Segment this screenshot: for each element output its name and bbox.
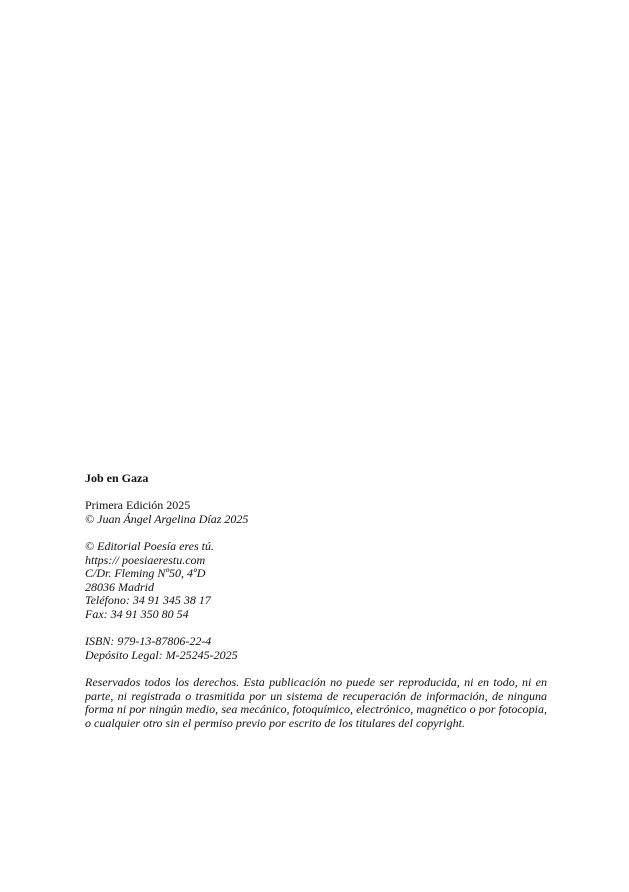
rights-line: forma ni por ningún medio, sea mecánico,… (85, 703, 547, 717)
edition-block: Primera Edición 2025 © Juan Ángel Argeli… (85, 499, 547, 526)
book-page: Job en Gaza Primera Edición 2025 © Juan … (0, 0, 629, 892)
rights-notice: Reservados todos los derechos. Esta publ… (85, 676, 547, 730)
spacer (85, 486, 547, 500)
publisher-name: © Editorial Poesía eres tú. (85, 540, 547, 554)
legal-block: ISBN: 979-13-87806-22-4 Depósito Legal: … (85, 635, 547, 662)
publisher-city: 28036 Madrid (85, 581, 547, 595)
spacer (85, 622, 547, 636)
colophon: Job en Gaza Primera Edición 2025 © Juan … (85, 472, 547, 730)
book-title: Job en Gaza (85, 472, 547, 486)
spacer (85, 526, 547, 540)
edition-line: Primera Edición 2025 (85, 499, 547, 513)
publisher-website: https:// poesiaerestu.com (85, 554, 547, 568)
publisher-block: © Editorial Poesía eres tú. https:// poe… (85, 540, 547, 622)
isbn: ISBN: 979-13-87806-22-4 (85, 635, 547, 649)
author-copyright: © Juan Ángel Argelina Díaz 2025 (85, 513, 547, 527)
spacer (85, 662, 547, 676)
rights-line: o cualquier otro sin el permiso previo p… (85, 717, 547, 731)
rights-line: parte, ni registrada o trasmitida por un… (85, 690, 547, 704)
rights-line: Reservados todos los derechos. Esta publ… (85, 676, 547, 690)
legal-deposit: Depósito Legal: M-25245-2025 (85, 649, 547, 663)
publisher-fax: Fax: 34 91 350 80 54 (85, 608, 547, 622)
publisher-phone: Teléfono: 34 91 345 38 17 (85, 594, 547, 608)
publisher-street: C/Dr. Fleming Nº50, 4ºD (85, 567, 547, 581)
